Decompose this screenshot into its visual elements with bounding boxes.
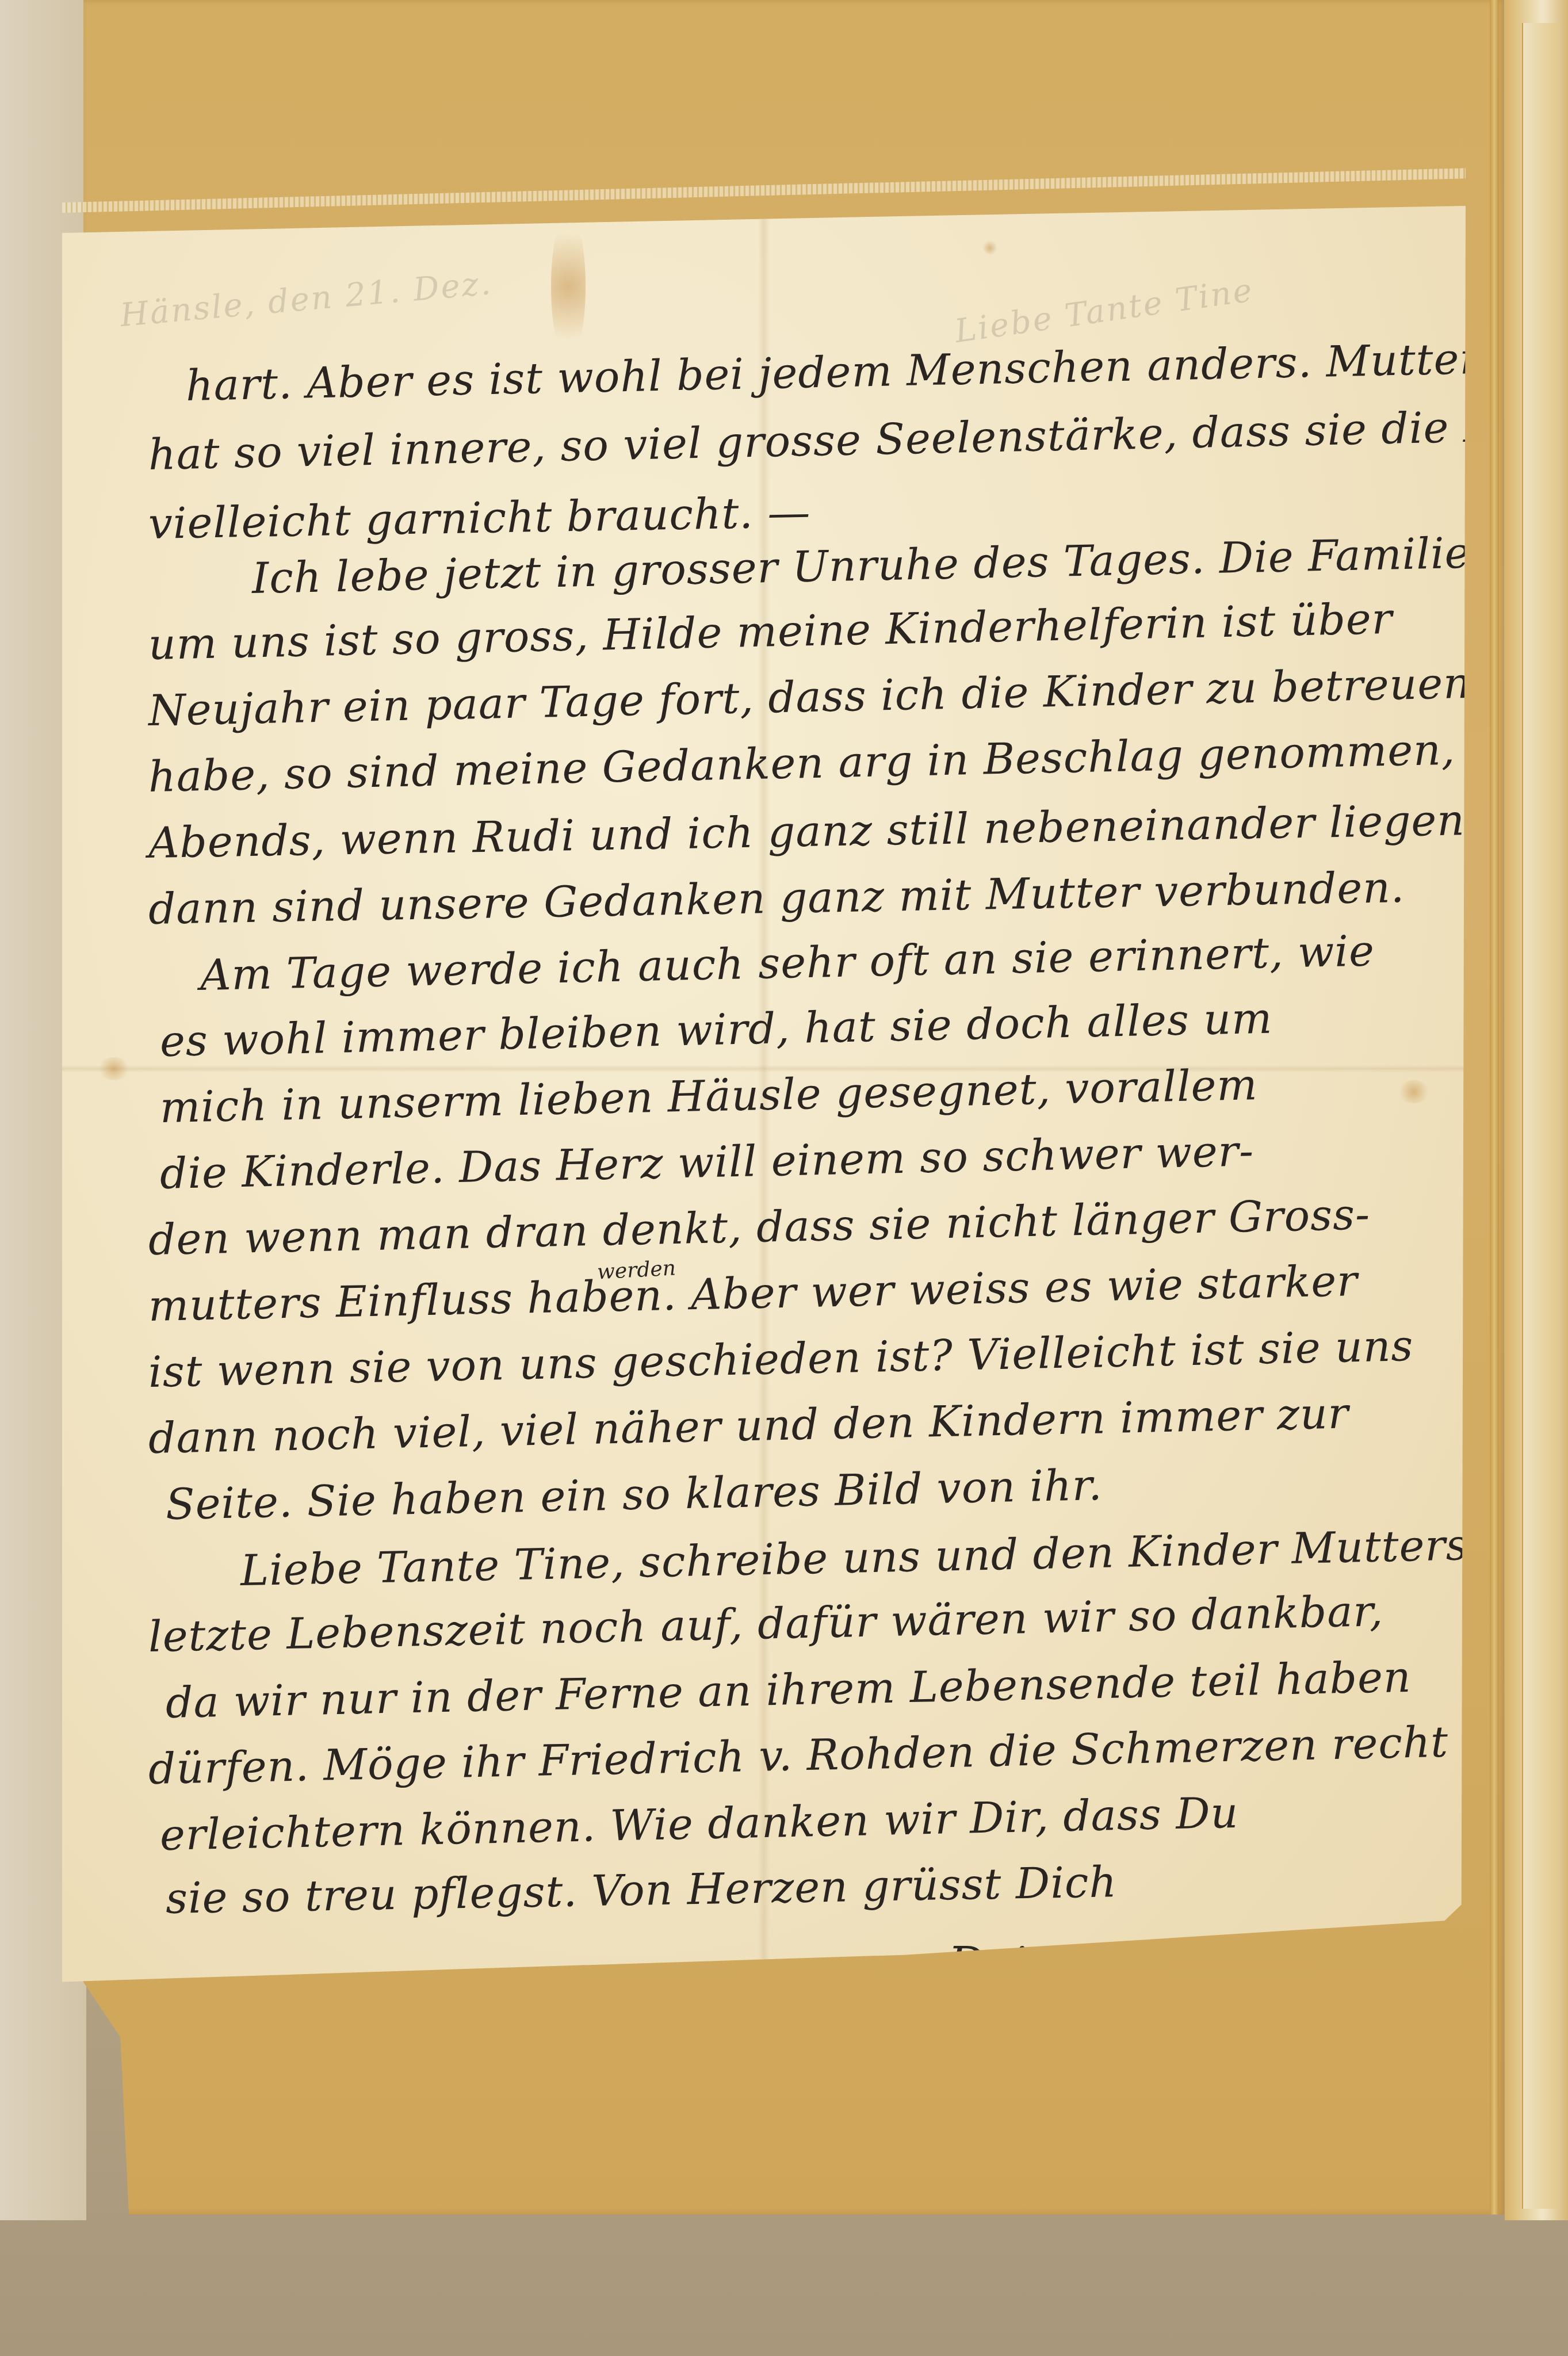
letter-line: es wohl immer bleiben wird, hat sie doch…: [159, 993, 1273, 1066]
letter-line: mutters Einfluss haben. Aber wer weiss e…: [148, 1256, 1358, 1331]
letter-line: erleichtern können. Wie danken wir Dir, …: [159, 1788, 1239, 1860]
letter-line: dann sind unsere Gedanken ganz mit Mutte…: [148, 863, 1405, 934]
letter-line: habe, so sind meine Gedanken arg in Besc…: [148, 722, 1568, 802]
letter-body: hart. Aber es ist wohl bei jedem Mensche…: [62, 206, 1466, 2003]
letter-line: da wir nur in der Ferne an ihrem Lebense…: [165, 1653, 1412, 1728]
letter-line: vielleicht garnicht braucht. —: [148, 488, 811, 549]
letter-sheet: Hänsle, den 21. Dez. Liebe Tante Tine ha…: [62, 206, 1466, 2003]
letter-line: Am Tage werde ich auch sehr oft an sie e…: [200, 926, 1375, 1000]
folder-edge: [1490, 0, 1499, 2215]
letter-line: ist wenn sie von uns geschieden ist? Vie…: [148, 1321, 1414, 1397]
stacked-folders-edge: [1505, 0, 1568, 2220]
letter-line: letzte Lebenszeit noch auf, dafür wären …: [148, 1586, 1384, 1662]
letter-line: dürfen. Möge ihr Friedrich v. Rohden die…: [148, 1718, 1449, 1794]
letter-line: Neujahr ein paar Tage fort, dass ich die…: [148, 659, 1471, 736]
letter-line: Liebe Tante Tine, schreibe uns und den K…: [240, 1520, 1468, 1596]
letter-line: hart. Aber es ist wohl bei jedem Mensche…: [185, 334, 1481, 411]
letter-line: die Kinderle. Das Herz will einem so sch…: [159, 1126, 1255, 1199]
letter-line: dann noch viel, viel näher und den Kinde…: [148, 1389, 1349, 1463]
letter-line: hat so viel innere, so viel grosse Seele…: [148, 400, 1568, 480]
letter-line: sie so treu pflegst. Von Herzen grüsst D…: [165, 1857, 1117, 1923]
letter-line: um uns ist so gross, Hilde meine Kinderh…: [148, 594, 1393, 670]
letter-line: den wenn man dran denkt, dass sie nicht …: [148, 1190, 1371, 1265]
letter-line: Abends, wenn Rudi und ich ganz still neb…: [148, 795, 1479, 868]
letter-line: mich in unserm lieben Häusle gesegnet, v…: [159, 1060, 1258, 1133]
letter-line: Seite. Sie haben ein so klares Bild von …: [165, 1460, 1103, 1529]
